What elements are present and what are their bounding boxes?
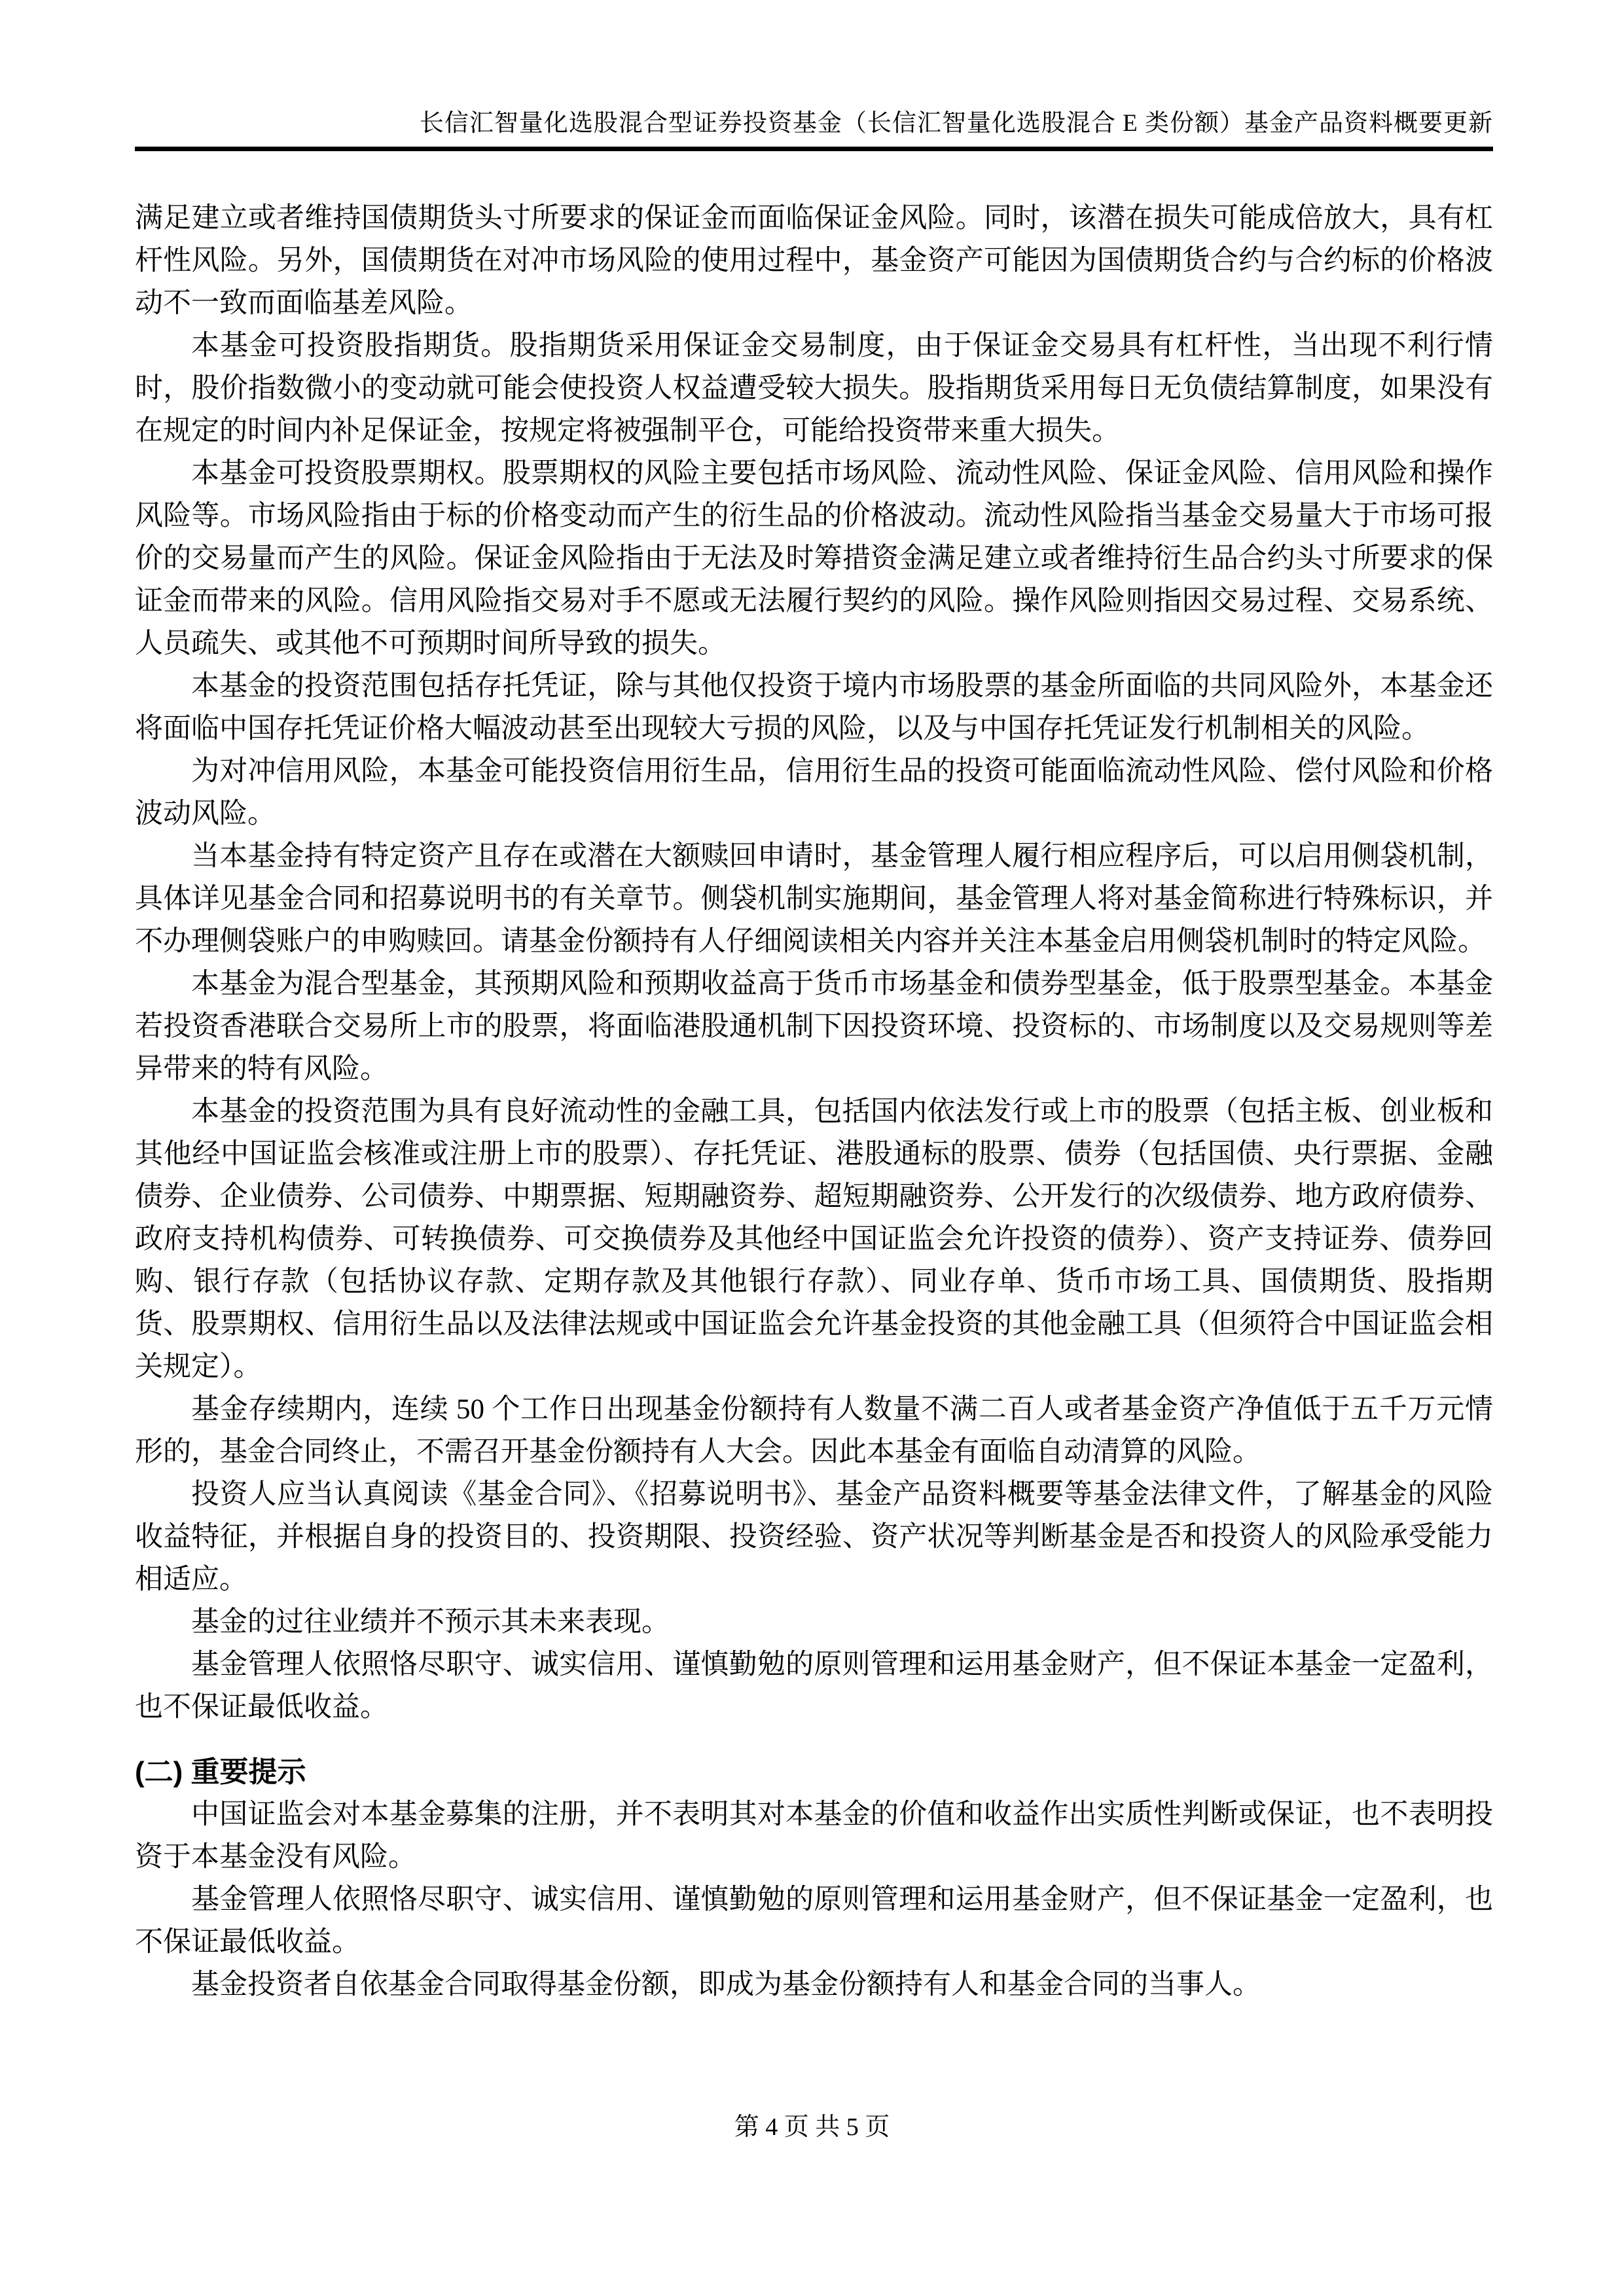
paragraph: 中国证监会对本基金募集的注册，并不表明其对本基金的价值和收益作出实质性判断或保证…: [135, 1793, 1493, 1878]
section-heading-important-notice: (二) 重要提示: [135, 1751, 1493, 1793]
paragraph: 为对冲信用风险，本基金可能投资信用衍生品，信用衍生品的投资可能面临流动性风险、偿…: [135, 750, 1493, 835]
paragraph: 基金存续期内，连续 50 个工作日出现基金份额持有人数量不满二百人或者基金资产净…: [135, 1388, 1493, 1473]
paragraph: 本基金可投资股票期权。股票期权的风险主要包括市场风险、流动性风险、保证金风险、信…: [135, 452, 1493, 665]
paragraph: 本基金的投资范围包括存托凭证，除与其他仅投资于境内市场股票的基金所面临的共同风险…: [135, 665, 1493, 750]
page-number: 第 4 页 共 5 页: [734, 2113, 890, 2141]
paragraph: 基金投资者自依基金合同取得基金份额，即成为基金份额持有人和基金合同的当事人。: [135, 1964, 1493, 2006]
document-body: 满足建立或者维持国债期货头寸所要求的保证金而面临保证金风险。同时，该潜在损失可能…: [135, 197, 1493, 2006]
paragraph: 本基金可投资股指期货。股指期货采用保证金交易制度，由于保证金交易具有杠杆性，当出…: [135, 325, 1493, 452]
page-footer: 第 4 页 共 5 页: [0, 2111, 1624, 2143]
paragraph: 当本基金持有特定资产且存在或潜在大额赎回申请时，基金管理人履行相应程序后，可以启…: [135, 835, 1493, 963]
paragraph: 满足建立或者维持国债期货头寸所要求的保证金而面临保证金风险。同时，该潜在损失可能…: [135, 197, 1493, 325]
header-title: 长信汇智量化选股混合型证券投资基金（长信汇智量化选股混合 E 类份额）基金产品资…: [135, 109, 1493, 147]
paragraph: 投资人应当认真阅读《基金合同》、《招募说明书》、基金产品资料概要等基金法律文件，…: [135, 1473, 1493, 1601]
paragraph: 本基金为混合型基金，其预期风险和预期收益高于货币市场基金和债券型基金，低于股票型…: [135, 963, 1493, 1090]
page-header: 长信汇智量化选股混合型证券投资基金（长信汇智量化选股混合 E 类份额）基金产品资…: [135, 0, 1493, 147]
paragraph: 本基金的投资范围为具有良好流动性的金融工具，包括国内依法发行或上市的股票（包括主…: [135, 1090, 1493, 1388]
paragraph: 基金管理人依照恪尽职守、诚实信用、谨慎勤勉的原则管理和运用基金财产，但不保证本基…: [135, 1643, 1493, 1729]
header-divider: [135, 147, 1493, 151]
paragraph: 基金的过往业绩并不预示其未来表现。: [135, 1601, 1493, 1643]
document-page: 长信汇智量化选股混合型证券投资基金（长信汇智量化选股混合 E 类份额）基金产品资…: [0, 0, 1624, 2296]
paragraph: 基金管理人依照恪尽职守、诚实信用、谨慎勤勉的原则管理和运用基金财产，但不保证基金…: [135, 1878, 1493, 1964]
